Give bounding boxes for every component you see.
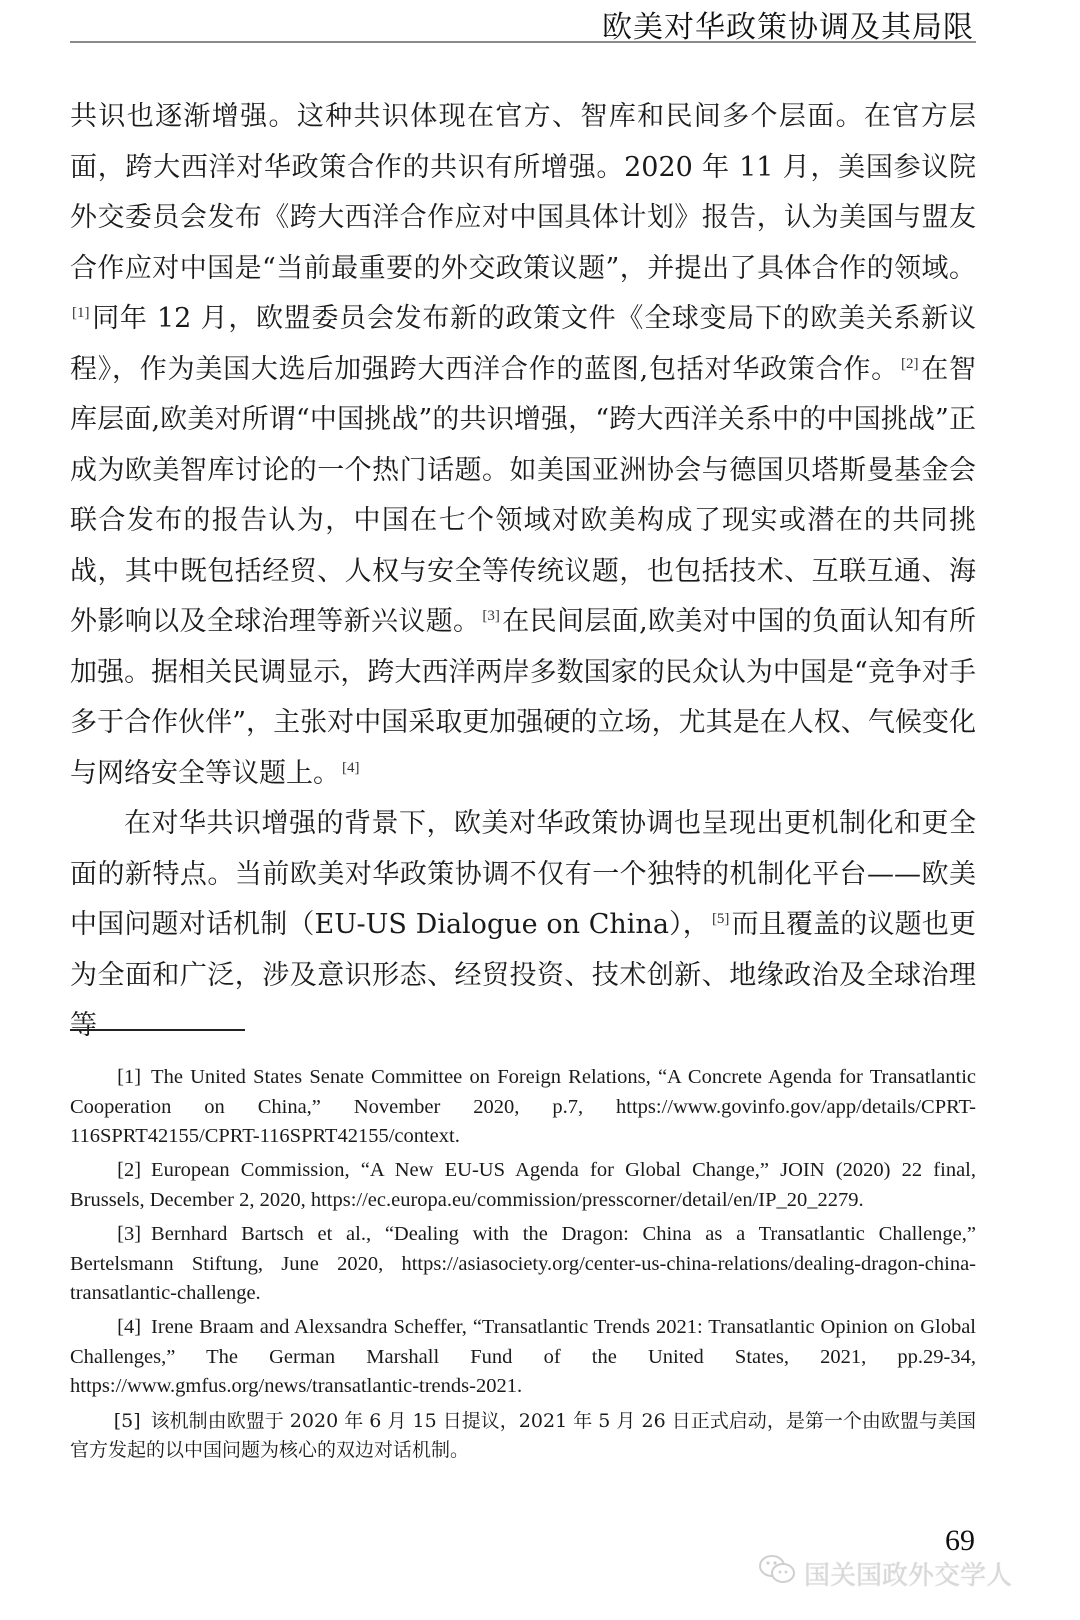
footnote-separator bbox=[70, 1029, 245, 1031]
footnote-number: [1] bbox=[117, 1066, 141, 1088]
watermark-text: 国关国政外交学人 bbox=[804, 1555, 1012, 1592]
body-text-segment: 共识也逐渐增强。这种共识体现在官方、智库和民间多个层面。在官方层面，跨大西洋对华… bbox=[70, 101, 976, 284]
footnote-item: [3]Bernhard Bartsch et al., “Dealing wit… bbox=[70, 1220, 976, 1309]
footnote-item: [4]Irene Braam and Alexsandra Scheffer, … bbox=[70, 1313, 976, 1402]
footnote-item: [2]European Commission, “A New EU-US Age… bbox=[70, 1156, 976, 1215]
footnote-number: [3] bbox=[117, 1223, 141, 1245]
watermark: 国关国政外交学人 bbox=[758, 1553, 1012, 1594]
footnote-text: Irene Braam and Alexsandra Scheffer, “Tr… bbox=[70, 1316, 976, 1397]
body-paragraph: 共识也逐渐增强。这种共识体现在官方、智库和民间多个层面。在官方层面，跨大西洋对华… bbox=[70, 92, 976, 799]
body-text: 共识也逐渐增强。这种共识体现在官方、智库和民间多个层面。在官方层面，跨大西洋对华… bbox=[70, 92, 976, 1052]
footnote-number: [4] bbox=[117, 1316, 141, 1338]
footnote-ref[interactable]: [5] bbox=[712, 911, 730, 927]
footnote-text: Bernhard Bartsch et al., “Dealing with t… bbox=[70, 1223, 976, 1304]
body-paragraph: 在对华共识增强的背景下，欧美对华政策协调也呈现出更机制化和更全面的新特点。当前欧… bbox=[70, 799, 976, 1052]
wechat-icon bbox=[758, 1553, 798, 1594]
footnotes: [1]The United States Senate Committee on… bbox=[70, 1063, 976, 1470]
running-title: 欧美对华政策协调及其局限 bbox=[602, 2, 974, 46]
footnote-ref[interactable]: [2] bbox=[901, 356, 919, 372]
header-rule bbox=[70, 41, 976, 43]
footnote-item: [5]该机制由欧盟于 2020 年 6 月 15 日提议，2021 年 5 月 … bbox=[70, 1407, 976, 1466]
footnote-number: [5] bbox=[114, 1410, 141, 1432]
footnote-ref[interactable]: [4] bbox=[342, 760, 360, 776]
body-text-segment: 同年 12 月，欧盟委员会发布新的政策文件《全球变局下的欧美关系新议程》，作为美… bbox=[70, 303, 976, 385]
footnote-text: European Commission, “A New EU-US Agenda… bbox=[70, 1159, 976, 1211]
footnote-text: 该机制由欧盟于 2020 年 6 月 15 日提议，2021 年 5 月 26 … bbox=[70, 1410, 976, 1462]
page-number: 69 bbox=[945, 1524, 975, 1558]
footnote-item: [1]The United States Senate Committee on… bbox=[70, 1063, 976, 1152]
footnote-ref[interactable]: [1] bbox=[72, 305, 90, 321]
body-text-segment: 在智库层面,欧美对所谓“中国挑战”的共识增强，“跨大西洋关系中的中国挑战”正成为… bbox=[70, 354, 976, 638]
footnote-text: The United States Senate Committee on Fo… bbox=[70, 1066, 976, 1147]
footnote-ref[interactable]: [3] bbox=[482, 608, 500, 624]
footnote-number: [2] bbox=[117, 1159, 141, 1181]
